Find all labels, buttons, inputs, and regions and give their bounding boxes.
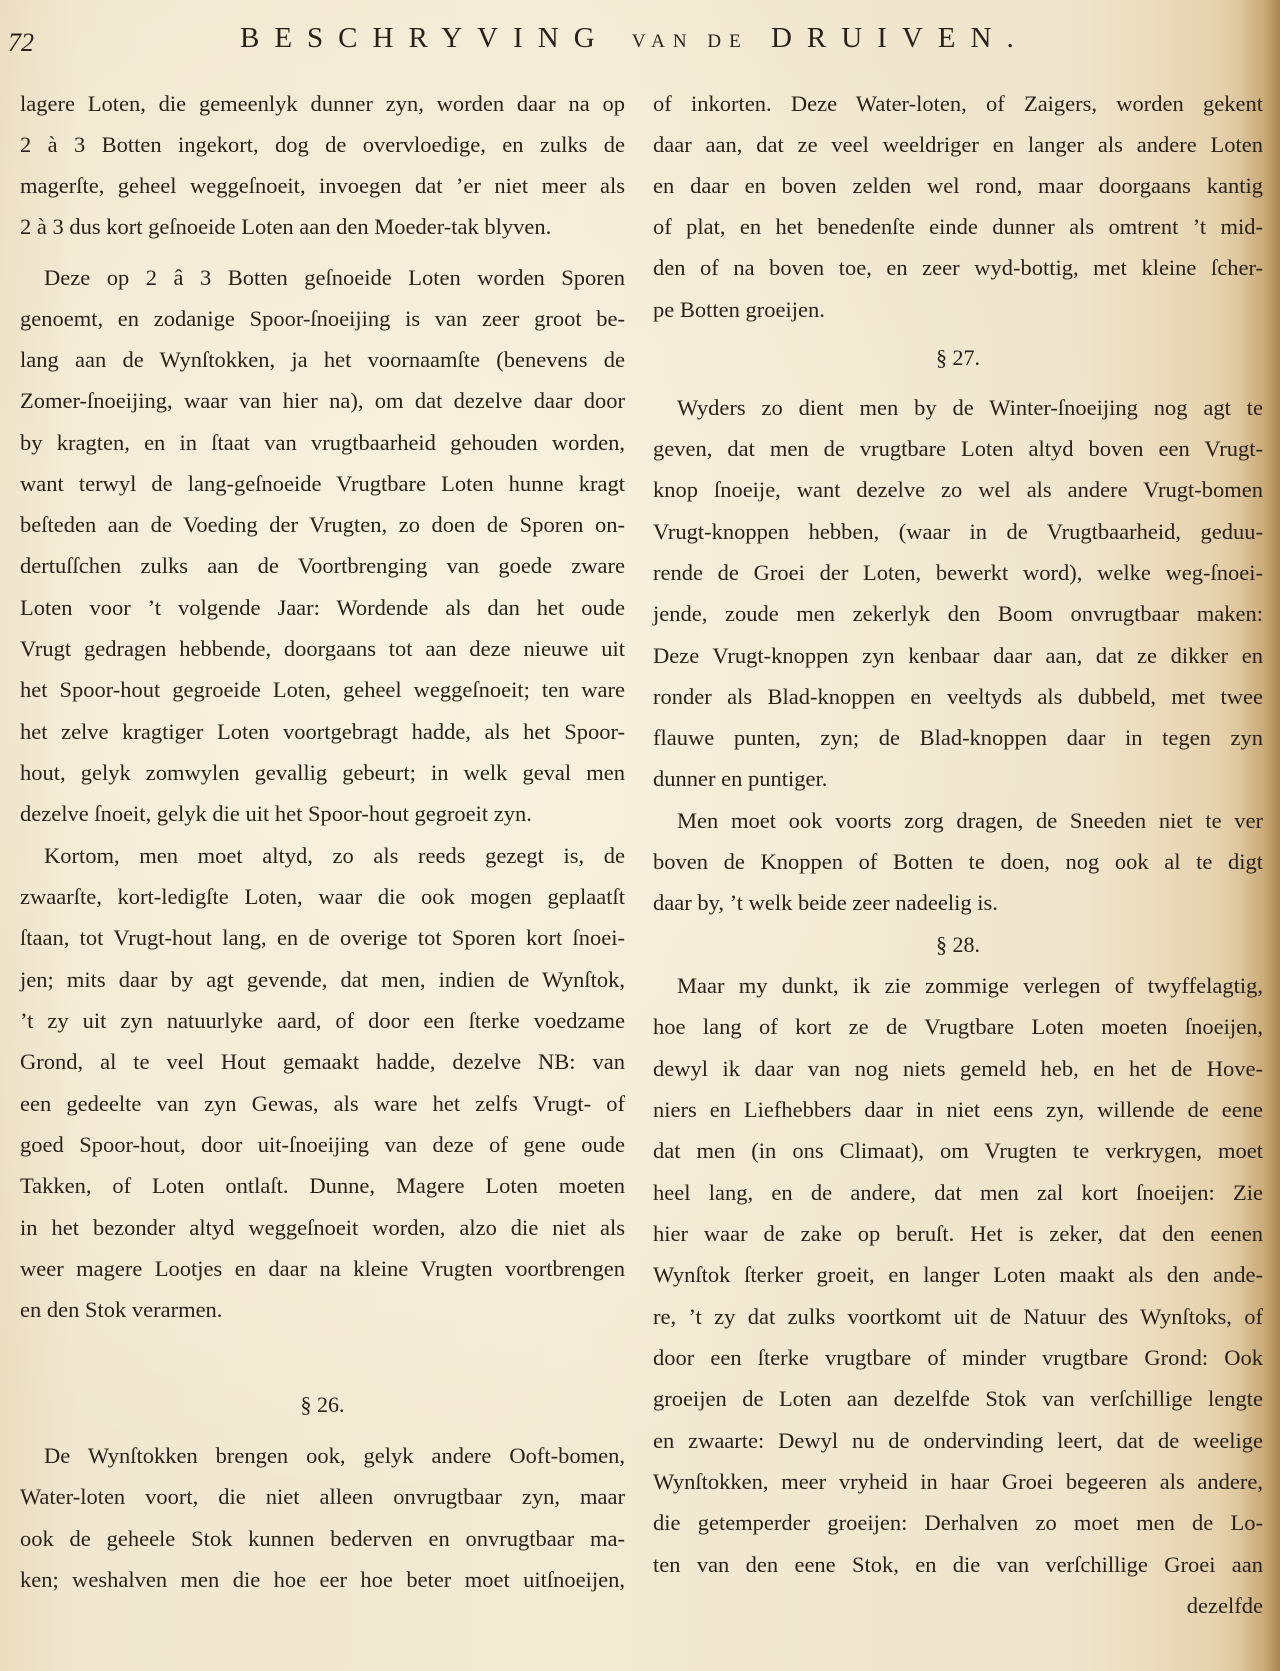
text-line: beſteden aan de Voeding der Vrugten, zo … (20, 505, 625, 545)
text-line: of inkorten. Deze Water-loten, of Zaiger… (653, 84, 1263, 124)
book-page: 72 BESCHRYVING VAN DE DRUIVEN. lagere Lo… (0, 0, 1280, 1671)
text-line: knop ſnoeije, want dezelve zo wel als an… (653, 470, 1263, 510)
text-line: magerſte, geheel weggeſnoeit, invoegen d… (20, 166, 625, 206)
text-line: weer magere Lootjes en daar na kleine Vr… (20, 1249, 625, 1289)
text-line: Wynſtokken, meer vryheid in haar Groei b… (653, 1462, 1263, 1502)
text-line: Men moet ook voorts zorg dragen, de Snee… (653, 801, 1263, 841)
text-line: by kragten, en in ſtaat van vrugtbaarhei… (20, 423, 625, 463)
text-line: den of na boven toe, en zeer wyd-bottig,… (653, 248, 1263, 288)
text-line: en zwaarte: Dewyl nu de ondervinding lee… (653, 1421, 1263, 1461)
text-line: flauwe punten, zyn; de Blad-knoppen daar… (653, 718, 1263, 758)
text-line: 2 à 3 dus kort geſnoeide Loten aan den M… (20, 207, 625, 247)
text-line: Vrugt-knoppen hebben, (waar in de Vrugtb… (653, 512, 1263, 552)
text-line: Deze Vrugt-knoppen zyn kenbaar daar aan,… (653, 636, 1263, 676)
text-line: Takken, of Loten ontlaſt. Dunne, Magere … (20, 1166, 625, 1206)
text-line: dezelve ſnoeit, gelyk die uit het Spoor-… (20, 794, 625, 834)
text-line: ’t zy uit zyn natuurlyke aard, of door e… (20, 1001, 625, 1041)
text-line: want terwyl de lang-geſnoeide Vrugtbare … (20, 464, 625, 504)
text-line: groeijen de Loten aan dezelfde Stok van … (653, 1379, 1263, 1419)
page-header: 72 BESCHRYVING VAN DE DRUIVEN. (0, 22, 1280, 62)
text-line: hier waar de zake op beruſt. Het is zeke… (653, 1214, 1263, 1254)
text-line: Wyders zo dient men by de Winter-ſnoeiji… (653, 388, 1263, 428)
text-line: boven de Knoppen of Botten te doen, nog … (653, 842, 1263, 882)
section-heading-26: § 26. (20, 1385, 625, 1425)
text-line: het zelve kragtiger Loten voortgebragt h… (20, 712, 625, 752)
text-line: goed Spoor-hout, door uit-ſnoeijing van … (20, 1125, 625, 1165)
running-title-druiven: DRUIVEN. (771, 22, 1029, 54)
text-line: re, ’t zy dat zulks voortkomt uit de Nat… (653, 1297, 1263, 1337)
text-line: ook de geheele Stok kunnen bederven en o… (20, 1519, 625, 1559)
text-line: lang aan de Wynſtokken, ja het voornaamſ… (20, 340, 625, 380)
text-line: zwaarſte, kort-ledigſte Loten, waar die … (20, 877, 625, 917)
text-line: dewyl ik daar van nog niets gemeld heb, … (653, 1049, 1263, 1089)
text-line: en daar en boven zelden wel rond, maar d… (653, 166, 1263, 206)
section-heading-28: § 28. (653, 925, 1263, 965)
text-line: ken; weshalven men die hoe eer hoe beter… (20, 1560, 625, 1600)
text-line: door een ſterke vrugtbare of minder vrug… (653, 1338, 1263, 1378)
text-line: Kortom, men moet altyd, zo als reeds gez… (20, 836, 625, 876)
page-number: 72 (8, 28, 34, 58)
running-title-beschryving: BESCHRYVING (240, 22, 610, 54)
text-line: dunner en puntiger. (653, 759, 1263, 799)
text-line: pe Botten groeijen. (653, 290, 1263, 330)
text-line: jende, zoude men zekerlyk den Boom onvru… (653, 594, 1263, 634)
text-line: die getemperder groeijen: Derhalven zo m… (653, 1503, 1263, 1543)
text-line: Maar my dunkt, ik zie zommige verlegen o… (653, 966, 1263, 1006)
text-line: Vrugt gedragen hebbende, doorgaans tot a… (20, 629, 625, 669)
text-line: lagere Loten, die gemeenlyk dunner zyn, … (20, 84, 625, 124)
text-line: geven, dat men de vrugtbare Loten altyd … (653, 429, 1263, 469)
running-title: BESCHRYVING VAN DE DRUIVEN. (240, 22, 1029, 55)
text-line: Grond, al te veel Hout gemaakt hadde, de… (20, 1042, 625, 1082)
text-line: en den Stok verarmen. (20, 1290, 625, 1330)
text-line: jen; mits daar by agt gevende, dat men, … (20, 960, 625, 1000)
text-line: ronder als Blad-knoppen en veeltyds als … (653, 677, 1263, 717)
section-heading-27: § 27. (653, 338, 1263, 378)
running-title-van-de: VAN DE (632, 31, 749, 52)
text-line: Wynſtok ſterker groeit, en langer Loten … (653, 1255, 1263, 1295)
text-line: het Spoor-hout gegroeide Loten, geheel w… (20, 670, 625, 710)
text-line: niers en Liefhebbers daar in niet eens z… (653, 1090, 1263, 1130)
text-line: De Wynſtokken brengen ook, gelyk andere … (20, 1436, 625, 1476)
catchword: dezelfde (653, 1586, 1263, 1626)
text-line: in het bezonder altyd weggeſnoeit worden… (20, 1208, 625, 1248)
text-line: Zomer-ſnoeijing, waar van hier na), om d… (20, 381, 625, 421)
text-line: Loten voor ’t volgende Jaar: Wordende al… (20, 588, 625, 628)
text-line: een gedeelte van zyn Gewas, als ware het… (20, 1084, 625, 1124)
text-line: daar by, ’t welk beide zeer nadeelig is. (653, 883, 1263, 923)
text-line: rende de Groei der Loten, bewerkt word),… (653, 553, 1263, 593)
text-line: Water-loten voort, die niet alleen onvru… (20, 1477, 625, 1517)
text-line: hoe lang of kort ze de Vrugtbare Loten m… (653, 1007, 1263, 1047)
text-line: genoemt, en zodanige Spoor-ſnoeijing is … (20, 299, 625, 339)
text-line: dertuſſchen zulks aan de Voortbrenging v… (20, 546, 625, 586)
text-line: daar aan, dat ze veel weeldriger en lang… (653, 125, 1263, 165)
text-line: dat men (in ons Climaat), om Vrugten te … (653, 1131, 1263, 1171)
text-line: 2 à 3 Botten ingekort, dog de overvloedi… (20, 125, 625, 165)
text-line: hout, gelyk zomwylen gevallig gebeurt; i… (20, 753, 625, 793)
text-line: heel lang, en de andere, dat men zal kor… (653, 1173, 1263, 1213)
text-line: ten van den eene Stok, en die van verſch… (653, 1545, 1263, 1585)
text-line: ſtaan, tot Vrugt-hout lang, en de overig… (20, 918, 625, 958)
text-line: of plat, en het benedenſte einde dunner … (653, 207, 1263, 247)
text-line: Deze op 2 â 3 Botten geſnoeide Loten wor… (20, 258, 625, 298)
